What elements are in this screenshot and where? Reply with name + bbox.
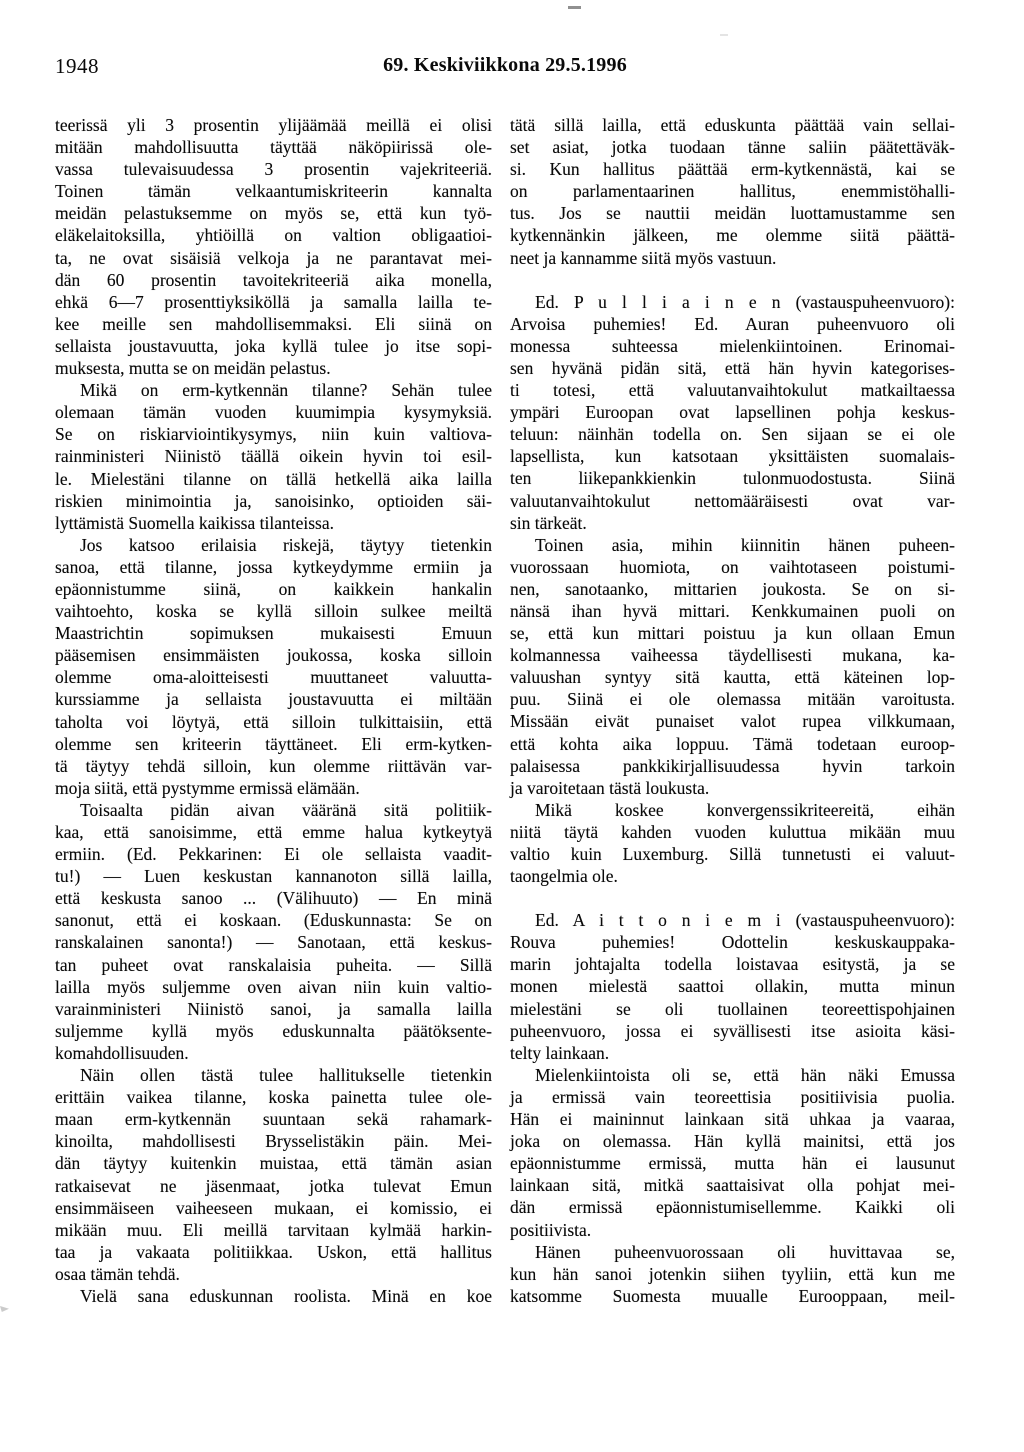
text-line: että keskusta sanoo ... (Välihuuto) — En…: [55, 887, 492, 909]
text-line: nen, sanotaanko, mittarien joukosta. Se …: [510, 578, 955, 600]
speaker-paragraph: Ed. P u l l i a i n e n (vastauspuheenvu…: [510, 291, 955, 534]
text-line: lapsellista, kun katsotaan yksittäisten …: [510, 445, 955, 467]
text-line: Toisaalta pidän aivan vääränä sitä polit…: [55, 799, 492, 821]
text-line: Ed. P u l l i a i n e n (vastauspuheenvu…: [510, 291, 955, 313]
paragraph: Mielenkiintoista oli se, että hän näki E…: [510, 1064, 955, 1241]
text-line: Rouva puhemies! Odottelin keskuskauppaka…: [510, 931, 955, 953]
text-line: dän täytyy kuitenkin muistaa, että tämän…: [55, 1152, 492, 1174]
text-line: ensimmäiseen vaiheeseen mukaan, ei komis…: [55, 1197, 492, 1219]
text-line: monen mielestä saattoi ollakin, mutta mi…: [510, 975, 955, 997]
paragraph: Hänen puheenvuorossaan oli huvittavaa se…: [510, 1241, 955, 1307]
text-line: sin tärkeät.: [510, 512, 955, 534]
page-number: 1948: [55, 54, 99, 79]
text-line: taa ja vakaata politiikkaa. Uskon, että …: [55, 1241, 492, 1263]
text-line: kee meille sen mahdollisemmaksi. Eli sii…: [55, 313, 492, 335]
right-column: tätä sillä lailla, että eduskunta päättä…: [510, 114, 955, 1307]
text-line: Mikä koskee konvergenssikriteereitä, eih…: [510, 799, 955, 821]
text-line: vassa tulevaisuudessa 3 prosentin vajekr…: [55, 158, 492, 180]
text-line: ranskalainen sanonta!) — Sanotaan, että …: [55, 931, 492, 953]
text-line: epäonnistumme siinä, on kaikkein hankali…: [55, 578, 492, 600]
text-line: Vielä sana eduskunnan roolista. Minä en …: [55, 1285, 492, 1307]
paragraph: Näin ollen tästä tulee hallitukselle tie…: [55, 1064, 492, 1285]
text-line: Näin ollen tästä tulee hallitukselle tie…: [55, 1064, 492, 1086]
text-line: osaa tämän tehdä.: [55, 1263, 492, 1285]
text-line: valtio kuin Luxemburg. Sillä tunnetusti …: [510, 843, 955, 865]
paragraph: Mikä on erm-kytkennän tilanne? Sehän tul…: [55, 379, 492, 534]
text-line: erittäin vaikea tilanne, koska painetta …: [55, 1086, 492, 1108]
text-line: le. Mielestäni tilanne on tällä hetkellä…: [55, 468, 492, 490]
text-line: taholta voi löytyä, että silloin tulkitt…: [55, 711, 492, 733]
text-line: on parlamentaarinen hallitus, enemmistöh…: [510, 180, 955, 202]
text-line: puu. Siinä ei ole olemassa mitään varoit…: [510, 688, 955, 710]
text-line: marin johtajalta todella loistavaa esity…: [510, 953, 955, 975]
text-line: kurssiamme ja sellaista joustavuutta ei …: [55, 688, 492, 710]
text-line: rainministeri Niinistö täällä oikein hyv…: [55, 445, 492, 467]
speaker-paragraph: Ed. A i t t o n i e m i (vastauspuheenvu…: [510, 909, 955, 1064]
text-line: joka on olemassa. Hän kyllä mainitsi, et…: [510, 1130, 955, 1152]
text-line: pääsemisen ensimmäisten joukossa, koska …: [55, 644, 492, 666]
text-line: ten liikepankkienkin tulonmuodostusta. S…: [510, 467, 955, 489]
text-line: tätä sillä lailla, että eduskunta päättä…: [510, 114, 955, 136]
header-title: 69. Keskiviikkona 29.5.1996: [55, 54, 955, 77]
text-line: Arvoisa puhemies! Ed. Auran puheenvuoro …: [510, 313, 955, 335]
text-line: tu!) — Luen keskustan kannanoton sillä l…: [55, 865, 492, 887]
text-line: valuutanvaihtokulut nettomääräisesti ova…: [510, 490, 955, 512]
text-line: vaihtoehto, koska se kyllä silloin sulke…: [55, 600, 492, 622]
scan-artifact: [568, 6, 581, 9]
text-line: puheenvuoro, jossa ei syvällisesti itse …: [510, 1020, 955, 1042]
text-line: se, että kun mittari poistuu ja kun olla…: [510, 622, 955, 644]
text-line: ermiin. (Ed. Pekkarinen: Ei ole sellaist…: [55, 843, 492, 865]
text-line: valuushan syntyy sitä kautta, että kätei…: [510, 666, 955, 688]
scan-artifact: [720, 34, 728, 36]
text-line: ratkaisevat ne jäsenmaat, jotka tulevat …: [55, 1175, 492, 1197]
text-line: nänsä ihan hyvä mittari. Kenkkumainen pu…: [510, 600, 955, 622]
text-line: mitään mahdollisuutta täyttää näköpiiris…: [55, 136, 492, 158]
document-page: 1948 69. Keskiviikkona 29.5.1996 teeriss…: [0, 0, 1024, 1452]
text-line: ja varoitetaan tästä loukusta.: [510, 777, 955, 799]
text-line: sen hyvänä pidän sitä, että hän hyvin ka…: [510, 357, 955, 379]
text-line: telty lainkaan.: [510, 1042, 955, 1064]
text-line: ja ermissä vain teoreettisia positiivisi…: [510, 1086, 955, 1108]
text-line: komahdollisuuden.: [55, 1042, 492, 1064]
text-line: kaa, että sanoisimme, että emme halua ky…: [55, 821, 492, 843]
text-line: tus. Jos se nauttii meidän luottamustamm…: [510, 202, 955, 224]
text-line: varainministeri Niinistö sanoi, ja samal…: [55, 998, 492, 1020]
text-line: kinoilta, mahdollisesti Brysselistäkin p…: [55, 1130, 492, 1152]
text-line: ehkä 6—7 prosenttiyksiköllä ja samalla l…: [55, 291, 492, 313]
text-line: Toinen tämän velkaantumiskriteerin kanna…: [55, 180, 492, 202]
text-line: Toinen asia, mihin kiinnitin hänen puhee…: [510, 534, 955, 556]
text-line: olemme sen kriteerin täyttäneet. Eli erm…: [55, 733, 492, 755]
text-line: tä täytyy tehdä silloin, kun olemme riit…: [55, 755, 492, 777]
text-line: Missään eivät punaiset valot rupea vilkk…: [510, 710, 955, 732]
text-line: set asiat, jotka tuodaan tänne saliin pä…: [510, 136, 955, 158]
text-line: kytkennänkin jälkeen, me olemme siitä pä…: [510, 224, 955, 246]
text-line: Jos katsoo erilaisia riskejä, täytyy tie…: [55, 534, 492, 556]
text-line: epäonnistumme ermissä, mutta hän ei laus…: [510, 1152, 955, 1174]
text-line: katsomme Suomesta muualle Eurooppaan, me…: [510, 1285, 955, 1307]
text-line: Maastrichtin sopimuksen mukaisesti Emuun: [55, 622, 492, 644]
text-line: sanonut, että ei koskaan. (Eduskunnasta:…: [55, 909, 492, 931]
text-line: positiivista.: [510, 1219, 955, 1241]
scan-artifact: [0, 1306, 9, 1312]
text-line: lailla myös suljemme oven aivan niin kui…: [55, 976, 492, 998]
page-header: 1948 69. Keskiviikkona 29.5.1996: [55, 54, 955, 82]
text-line: vuorossaan huomiota, on vaihtotaseen poi…: [510, 556, 955, 578]
text-line: monessa suhteessa mielenkiintoinen. Erin…: [510, 335, 955, 357]
text-line: olemme oma-aloitteisesti muuttaneet valu…: [55, 666, 492, 688]
paragraph: Mikä koskee konvergenssikriteereitä, eih…: [510, 799, 955, 887]
text-line: dän 60 prosentin tavoitekriteeriä aika m…: [55, 269, 492, 291]
text-line: ti totesi, että valuutanvaihtokulut matk…: [510, 379, 955, 401]
text-line: taongelmia ole.: [510, 865, 955, 887]
text-line: kun hän sanoi jotenkin siihen tyyliin, e…: [510, 1263, 955, 1285]
text-line: Hän ei maininnut lainkaan sitä uhkaa ja …: [510, 1108, 955, 1130]
text-line: ympäri Euroopan ovat lapsellinen pohja k…: [510, 401, 955, 423]
text-line: tan puheet ovat ranskalaisia puheita. — …: [55, 954, 492, 976]
text-line: mielestäni se oli tuollainen teoreettisp…: [510, 998, 955, 1020]
paragraph: Vielä sana eduskunnan roolista. Minä en …: [55, 1285, 492, 1307]
paragraph: Toinen asia, mihin kiinnitin hänen puhee…: [510, 534, 955, 799]
paragraph: Toisaalta pidän aivan vääränä sitä polit…: [55, 799, 492, 1064]
text-line: Se on riskiarviointikysymys, niin kuin v…: [55, 423, 492, 445]
left-column: teerissä yli 3 prosentin ylijäämää meill…: [55, 114, 492, 1307]
text-line: si. Kun hallitus päättää erm-kytkennästä…: [510, 158, 955, 180]
text-line: niitä täytä kahden vuoden kuluttua mikää…: [510, 821, 955, 843]
text-line: neet ja kannamme siitä myös vastuun.: [510, 247, 955, 269]
text-line: meidän pelastuksemme on myös se, että ku…: [55, 202, 492, 224]
text-line: suljemme kyllä myös eduskunnalta päätöks…: [55, 1020, 492, 1042]
text-line: palaisessa pankkikirjallisuudessa hyvin …: [510, 755, 955, 777]
text-line: sanoa, että tilanne, jossa kytkeydymme e…: [55, 556, 492, 578]
text-line: teerissä yli 3 prosentin ylijäämää meill…: [55, 114, 492, 136]
text-columns: teerissä yli 3 prosentin ylijäämää meill…: [55, 114, 955, 1307]
text-line: että kohta aika loppuu. Tämä todetaan eu…: [510, 733, 955, 755]
text-line: eläkelaitoksilla, yhtiöillä on valtion o…: [55, 224, 492, 246]
text-line: olemaan tämän vuoden kuumimpia kysymyksi…: [55, 401, 492, 423]
paragraph: Jos katsoo erilaisia riskejä, täytyy tie…: [55, 534, 492, 799]
text-line: sellaista joustavuutta, joka kyllä tulee…: [55, 335, 492, 357]
text-line: lyttämistä Suomella kaikissa tilanteissa…: [55, 512, 492, 534]
text-line: muksesta, mutta se on meidän pelastus.: [55, 357, 492, 379]
paragraph: tätä sillä lailla, että eduskunta päättä…: [510, 114, 955, 269]
text-line: kolmannessa vaiheessa täydellisesti muka…: [510, 644, 955, 666]
text-line: Ed. A i t t o n i e m i (vastauspuheenvu…: [510, 909, 955, 931]
text-line: Hänen puheenvuorossaan oli huvittavaa se…: [510, 1241, 955, 1263]
text-line: ta, ne ovat sisäisiä velkoja ja ne paran…: [55, 247, 492, 269]
text-line: mikään muu. Eli meillä tarvitaan kylmää …: [55, 1219, 492, 1241]
text-line: Mikä on erm-kytkennän tilanne? Sehän tul…: [55, 379, 492, 401]
text-line: lainkaan sitä, mitkä saattaisivat olla p…: [510, 1174, 955, 1196]
text-line: moja siitä, että pystymme ermissä elämää…: [55, 777, 492, 799]
text-line: dän ermissä epäonnistumisellemme. Kaikki…: [510, 1196, 955, 1218]
text-line: maan erm-kytkennän suuntaan sekä rahamar…: [55, 1108, 492, 1130]
paragraph: teerissä yli 3 prosentin ylijäämää meill…: [55, 114, 492, 379]
text-line: Mielenkiintoista oli se, että hän näki E…: [510, 1064, 955, 1086]
text-line: teluun: näinhän todella on. Sen sijaan s…: [510, 423, 955, 445]
text-line: riskien minimointia ja, sanoisinko, opti…: [55, 490, 492, 512]
